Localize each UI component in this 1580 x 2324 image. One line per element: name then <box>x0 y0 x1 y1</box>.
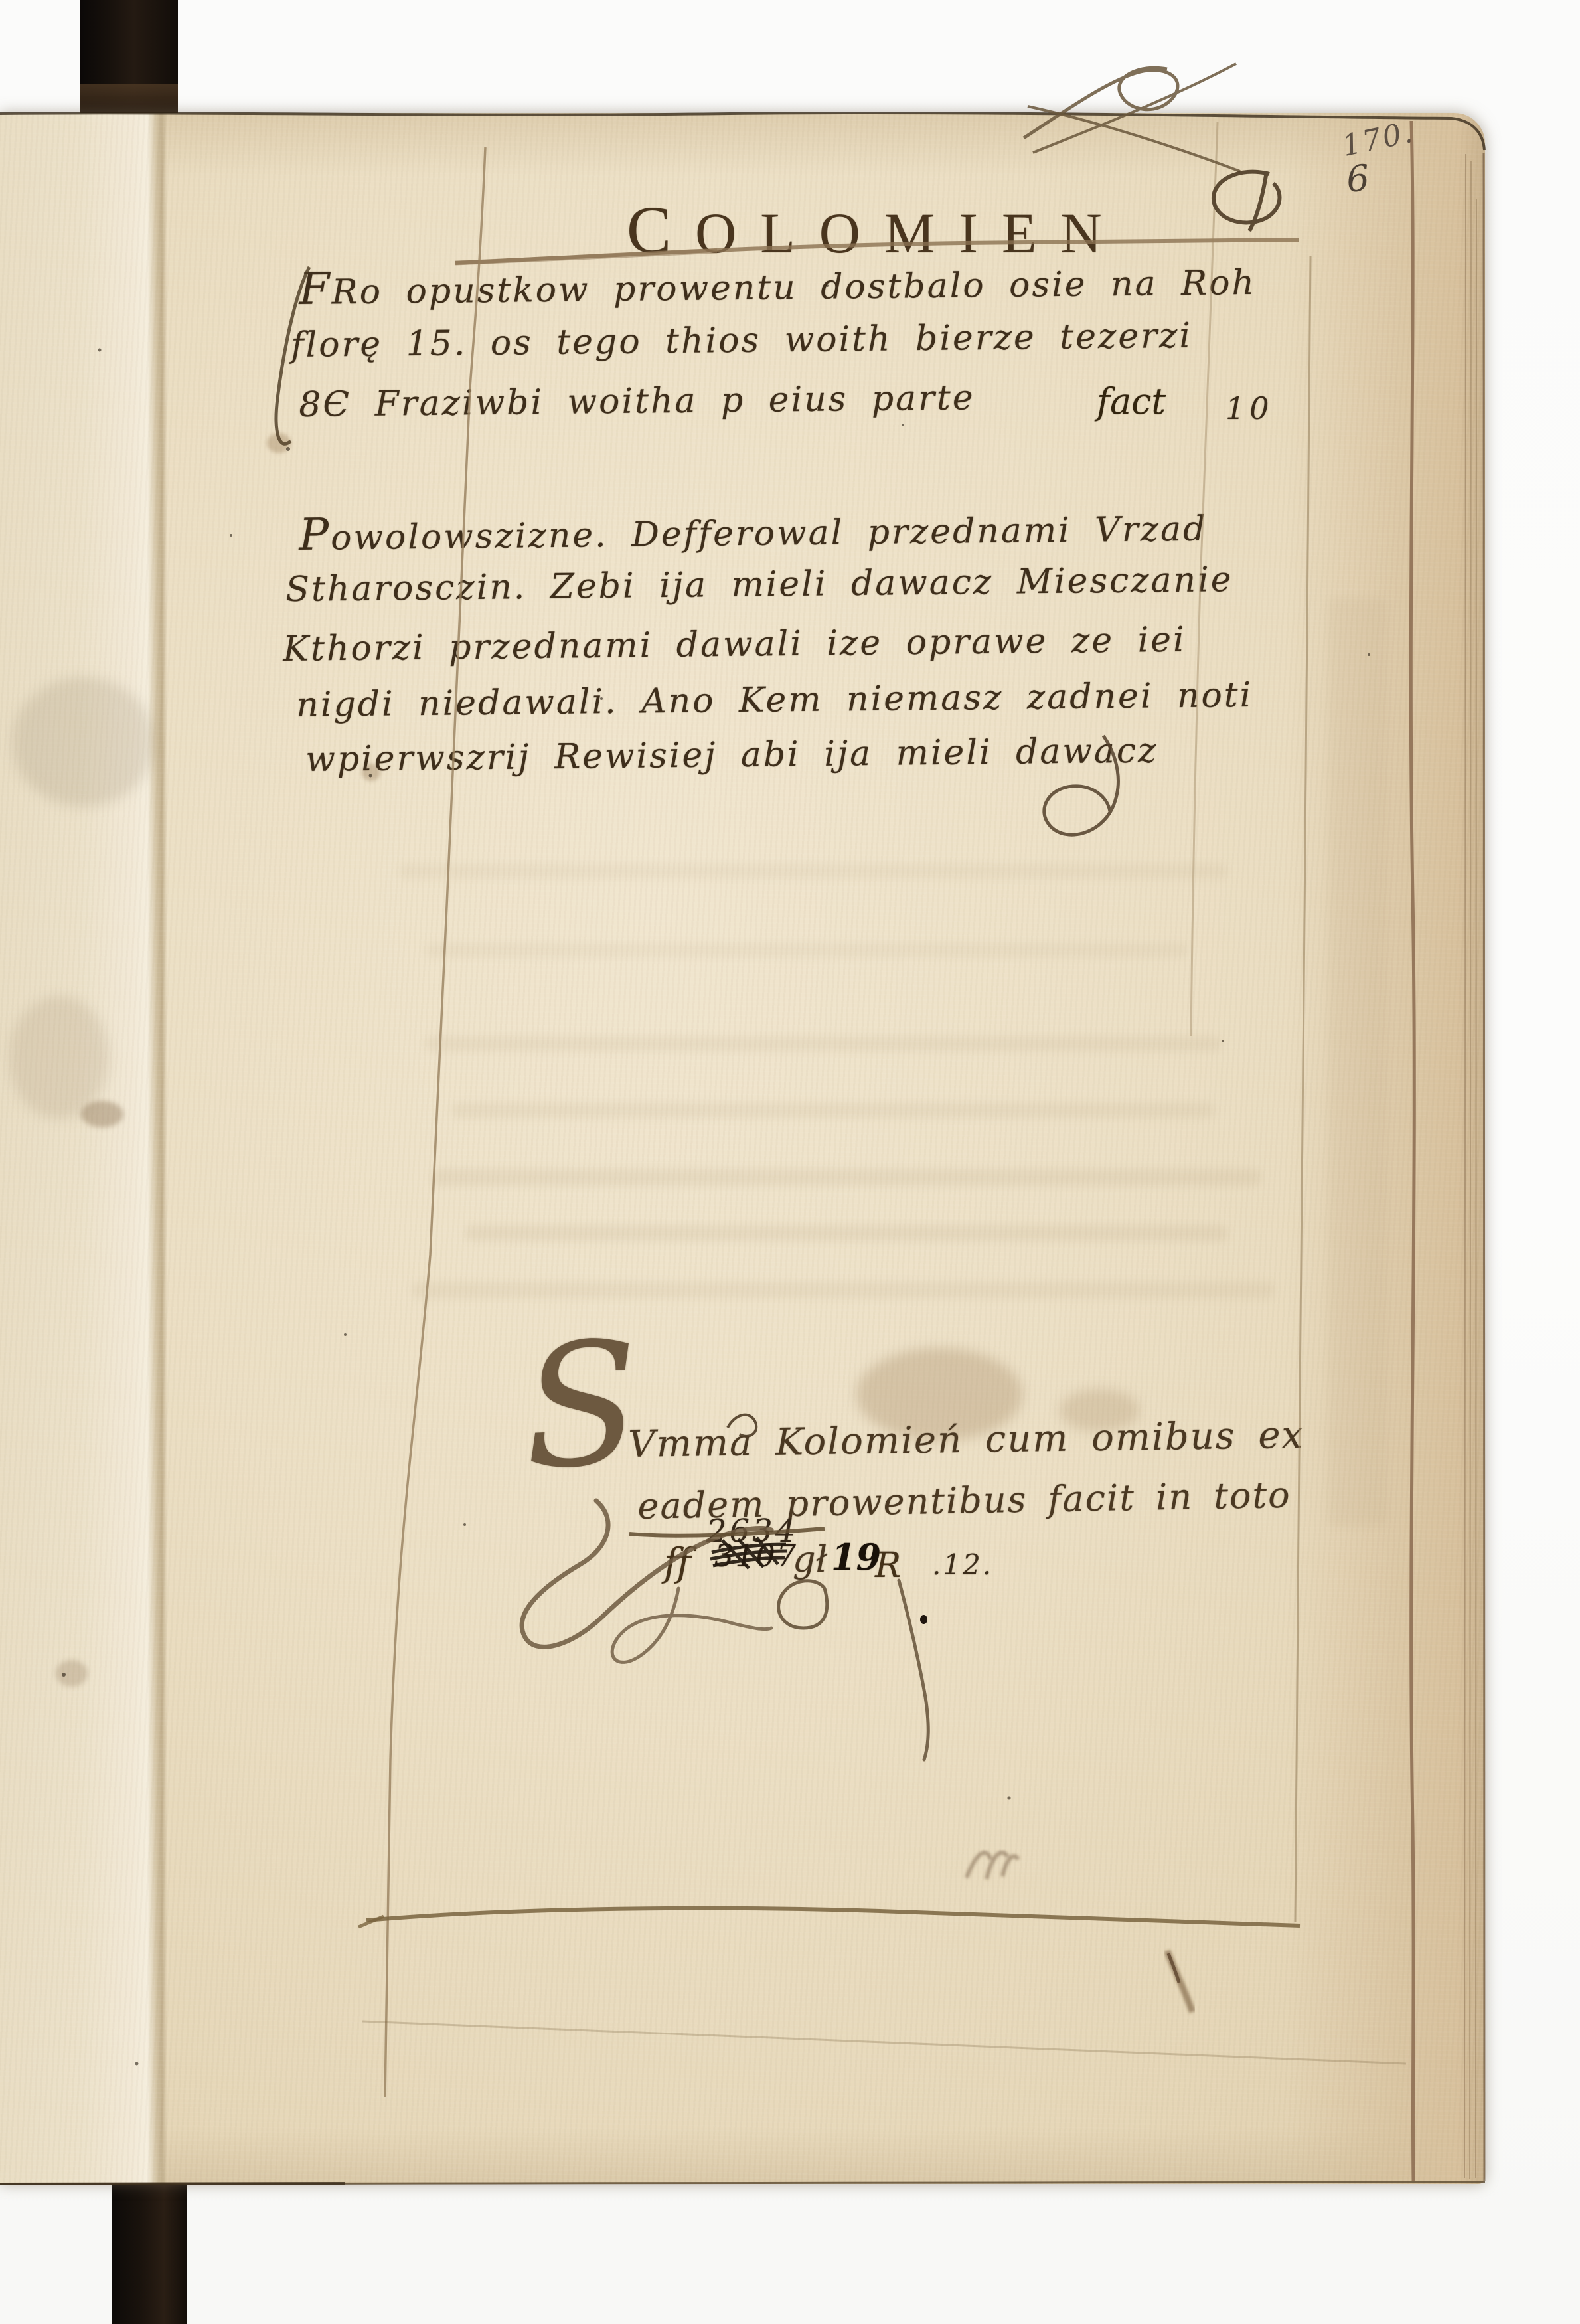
ink-dot <box>920 1615 927 1624</box>
florin-mark: ff <box>664 1543 691 1582</box>
entry2-line: wpierwszrij Rewisiej abi ija mieli dawac… <box>305 734 1158 777</box>
entry2-line: Stharosczin. Zebi ija mieli dawacz Miesc… <box>285 562 1233 607</box>
stain-spot <box>267 433 291 453</box>
showthrough-ghost <box>412 1282 1275 1299</box>
grossi-mark: gł <box>793 1542 827 1578</box>
showthrough-ghost <box>398 863 1228 879</box>
page-title: COLOMIEN <box>627 197 1126 264</box>
entry1-line: florę 15. os tego thios woith bierze tez… <box>291 319 1192 363</box>
showthrough-ghost <box>465 1225 1228 1241</box>
stain-mottle <box>12 677 155 807</box>
summa-initial-letter: S <box>519 1319 644 1494</box>
showthrough-ghost <box>451 1102 1215 1118</box>
binding-strap-top <box>80 0 178 120</box>
binding-strap-bottom <box>112 2183 187 2324</box>
showthrough-ghost <box>425 943 1188 957</box>
summa-line: Vmma Kolomień cum omibus ex <box>628 1417 1304 1463</box>
showthrough-ghost <box>1328 598 1387 1527</box>
denarii-value: .12. <box>932 1551 993 1579</box>
entry1-line: 8Є Fraziwbi woitha p eius parte <box>299 380 975 422</box>
quire-mark: 6 <box>1345 160 1371 198</box>
showthrough-ghost <box>432 1169 1261 1186</box>
entry2-line: Powolowszizne. Defferowal przednami Vrza… <box>299 503 1208 557</box>
manuscript-scan: COLOMIEN 170. 6 FRo opustkow prowentu do… <box>0 0 1580 2324</box>
showthrough-ghost <box>425 1036 1222 1052</box>
entry1-line: FRo opustkow prowentu dostbalo osie na R… <box>299 257 1256 311</box>
stain-spot <box>56 1660 88 1687</box>
entry1-result-word: fact <box>1097 384 1166 420</box>
grossi-value: 19 <box>831 1539 881 1575</box>
receipt-mark: R <box>875 1548 901 1583</box>
strap-overlap-band <box>80 84 178 116</box>
stain-mottle <box>9 996 109 1119</box>
stain-smudge <box>81 1101 123 1127</box>
entry2-line: nigdi niedawali. Ano Kem niemasz zadnei … <box>296 678 1253 722</box>
entry2-line: Kthorzi przednami dawali ize oprawe ze i… <box>283 623 1186 667</box>
summa-struck-total: 3107 <box>714 1540 797 1571</box>
entry1-margin-value: 10 <box>1225 393 1274 424</box>
